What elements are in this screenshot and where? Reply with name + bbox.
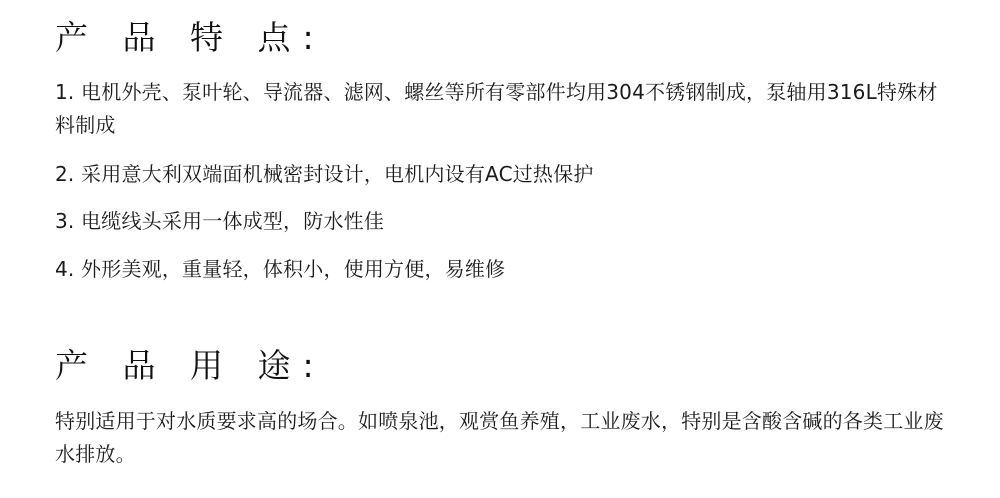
- usage-heading: 产 品 用 途:: [55, 346, 314, 386]
- features-heading-colon: :: [302, 18, 313, 57]
- usage-heading-colon: :: [302, 346, 313, 385]
- feature-item-4: 4. 外形美观，重量轻，体积小，使用方便，易维修: [55, 253, 955, 286]
- features-heading: 产 品 特 点:: [55, 18, 314, 58]
- feature-item-2: 2. 采用意大利双端面机械密封设计，电机内设有AC过热保护: [55, 158, 955, 191]
- feature-item-1: 1. 电机外壳、泵叶轮、导流器、滤网、螺丝等所有零部件均用304不锈钢制成，泵轴…: [55, 76, 955, 142]
- usage-description: 特别适用于对水质要求高的场合。如喷泉池，观赏鱼养殖，工业废水，特别是含酸含碱的各…: [55, 405, 955, 471]
- features-heading-text: 产 品 特 点: [55, 18, 302, 57]
- feature-item-3: 3. 电缆线头采用一体成型，防水性佳: [55, 205, 955, 238]
- usage-heading-text: 产 品 用 途: [55, 346, 302, 385]
